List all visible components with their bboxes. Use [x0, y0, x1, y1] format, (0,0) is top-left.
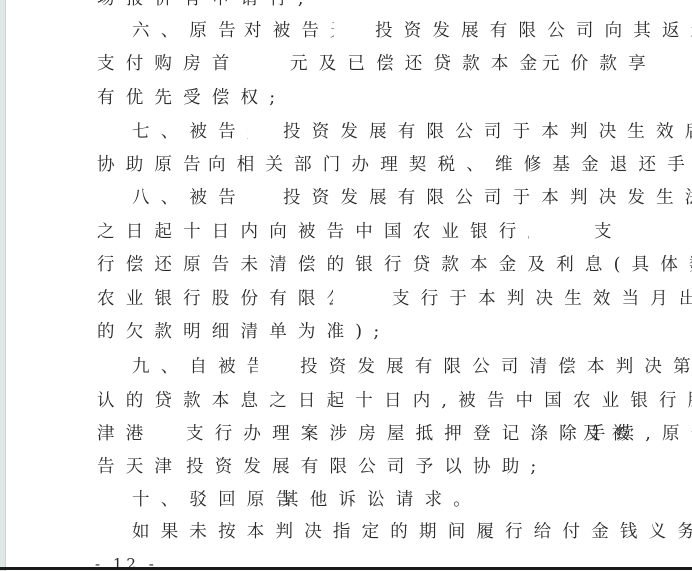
text-line-2-seg-1: 元及已偿还贷款本金 — [290, 53, 548, 75]
text-line-6-seg-0: 八、被告天津 — [132, 187, 244, 209]
text-line-8-seg-0: 行偿还原告未清偿的银行贷款本金及利息(具体数额以被告中国 — [97, 254, 692, 276]
text-line-4-seg-1: 投资发展有限公司于本判决生效后十日内 — [283, 121, 692, 143]
text-line-14-seg-0: 告天津 — [97, 456, 183, 478]
text-line-2-seg-0: 支付购房首付款 — [97, 53, 230, 75]
text-line-5-seg-1: 向相关部门办理契税、维修基金退还手续; — [208, 154, 692, 176]
page-left-border — [5, 0, 6, 571]
text-line-11-seg-0: 九、自被告天津 — [132, 356, 258, 378]
text-line-5-seg-0: 协助原告 — [97, 154, 212, 176]
text-line-7-seg-1: 支 — [594, 221, 623, 243]
text-line-13-seg-0: 津港 — [97, 423, 154, 445]
text-line-1-seg-0: 六、原告 — [132, 20, 247, 42]
page-number: - 12 - — [95, 556, 158, 567]
text-line-0-seg-0: 场报价有申请行; — [97, 0, 315, 10]
text-line-7-seg-0: 之日起十日内向被告中国农业银行股份有限公司天津港 — [97, 221, 529, 243]
text-line-11-seg-1: 投资发展有限公司清偿本判决第八项确 — [300, 356, 692, 378]
text-line-12-seg-0: 认的贷款本息之日起十日内,被告中国农业银行股份有限公司天 — [97, 390, 692, 412]
text-line-6-seg-1: 投资发展有限公司于本判决发生法律效力 — [283, 187, 692, 209]
text-line-13-seg-2: 及被 — [583, 423, 640, 445]
page-bottom-border — [0, 567, 692, 570]
text-line-14-seg-1: 投资发展有限公司予以协助; — [186, 456, 548, 478]
text-line-16-seg-0: 如果未按本判决指定的期间履行给付金钱义务,应当依照《中 — [132, 521, 692, 543]
text-line-3-seg-0: 有优先受偿权; — [97, 87, 286, 109]
text-line-10-seg-0: 的欠款明细清单为准); — [97, 321, 390, 343]
text-line-9-seg-0: 农业银行股份有限公司天津港 — [97, 288, 333, 310]
text-line-1-seg-2: 投资发展有限公司向其返还已 — [375, 20, 692, 42]
text-line-9-seg-1: 支行于本判决生效当月出具 — [392, 288, 692, 310]
text-line-15-seg-0: 十、驳回原告 — [132, 489, 304, 511]
text-line-15-seg-1: 其他诉讼请求。 — [281, 489, 482, 511]
text-line-1-seg-1: 对被告天津 — [244, 20, 334, 42]
text-line-4-seg-0: 七、被告天津 — [132, 121, 248, 143]
text-line-2-seg-2: 元价款享 — [542, 53, 657, 75]
